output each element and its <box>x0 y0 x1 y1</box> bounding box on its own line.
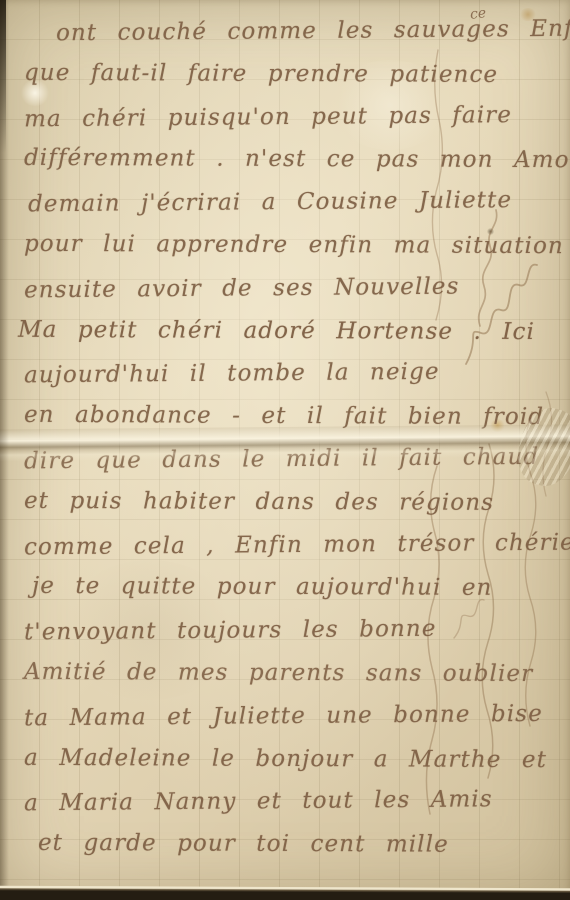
handwriting-line: a Maria Nanny et tout les Amis <box>24 778 566 826</box>
handwriting-line: ensuite avoir de ses Nouvelles <box>24 264 566 312</box>
handwriting-line: et garde pour toi cent mille <box>38 822 566 867</box>
handwriting-line: dire que dans le midi il fait chaud <box>24 436 566 484</box>
handwriting-line: pour lui apprendre enfin ma situation <box>24 223 566 268</box>
paper-top-left-corner-shadow <box>0 0 6 170</box>
handwriting-line: que faut-il faire prendre patience <box>24 52 566 97</box>
superscript-insertion: ce <box>469 5 487 23</box>
handwriting-line: t'envoyant toujours les bonne <box>24 607 566 655</box>
paper-bottom-edge <box>0 886 570 900</box>
handwriting-line: en abondance - et il fait bien froid <box>24 394 566 439</box>
letter-body: ont couché comme les sauvages Enfin que … <box>24 10 566 866</box>
handwriting-line: je te quitte pour aujourd'hui en <box>32 565 566 610</box>
handwriting-line: demain j'écrirai a Cousine Juliette <box>28 179 566 226</box>
handwriting-line: ont couché comme les sauvages Enfin <box>56 8 566 55</box>
handwriting-line: et puis habiter dans des régions <box>24 480 566 525</box>
handwriting-line: ma chéri puisqu'on peut pas faire <box>24 93 566 141</box>
handwriting-line: a Madeleine le bonjour a Marthe et <box>24 736 566 781</box>
handwriting-line: Ma petit chéri adoré Hortense . Ici <box>18 308 566 353</box>
handwriting-line: aujourd'hui il tombe la neige <box>24 350 566 398</box>
handwriting-line: différemment . n'est ce pas mon Amour <box>24 137 566 182</box>
handwriting-line: Amitié de mes parents sans oublier <box>24 651 566 696</box>
handwriting-line: comme cela , Enfin mon trésor chérie <box>24 521 566 569</box>
handwriting-line: ta Mama et Juliette une bonne bise <box>24 692 566 740</box>
letter-page: ont couché comme les sauvages Enfin que … <box>0 0 570 900</box>
